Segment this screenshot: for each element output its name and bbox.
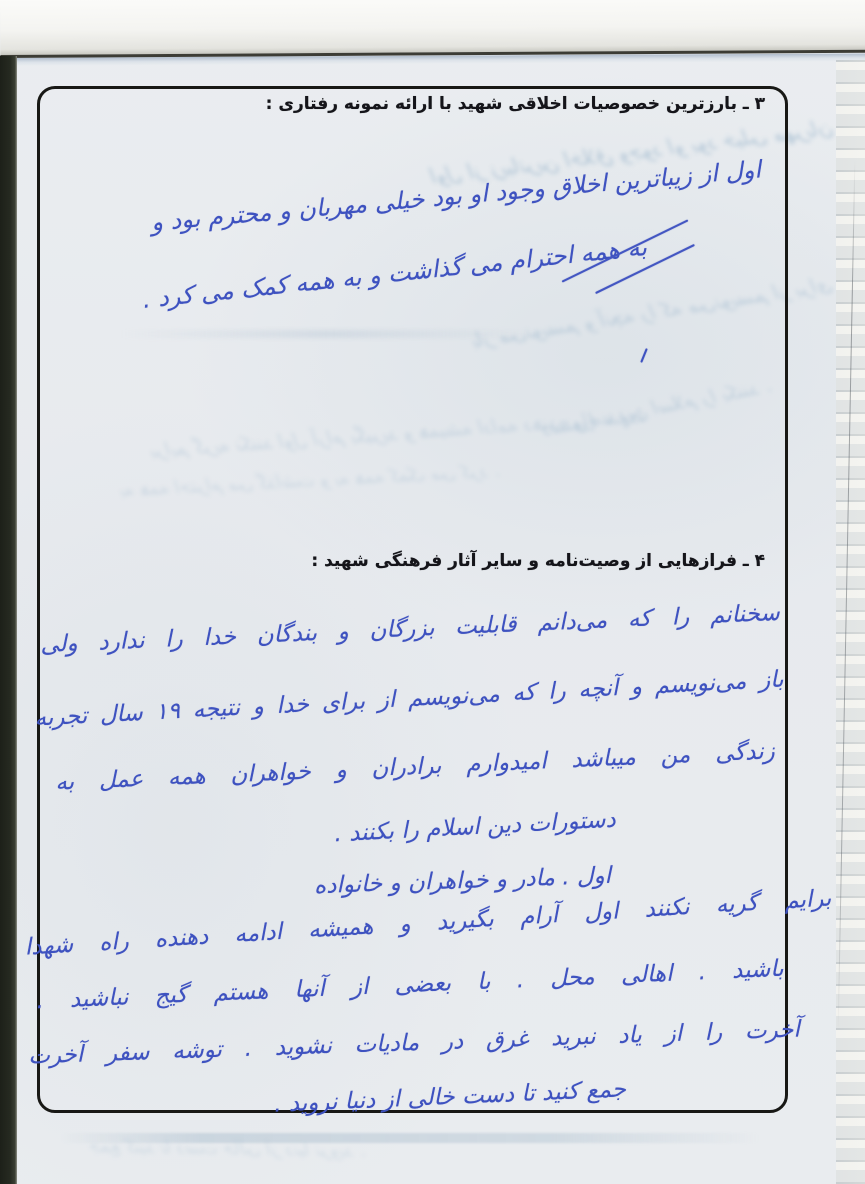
section3-heading: ۳ ـ بارزترین خصوصیات اخلاقی شهید با ارائ…	[185, 94, 765, 114]
scanner-smudge	[60, 1133, 760, 1143]
section4-heading: ۴ ـ فرازهایی از وصیت‌نامه و سایر آثار فر…	[205, 551, 765, 571]
torn-right-page-edge	[836, 60, 865, 1184]
book-spine-dark-band	[0, 56, 17, 1184]
form-border-frame	[37, 86, 788, 1113]
curled-page-top-edge	[0, 0, 865, 58]
scanned-document-page: اول از زیباترین اخلاق وجود او بود خیلی م…	[0, 0, 865, 1184]
